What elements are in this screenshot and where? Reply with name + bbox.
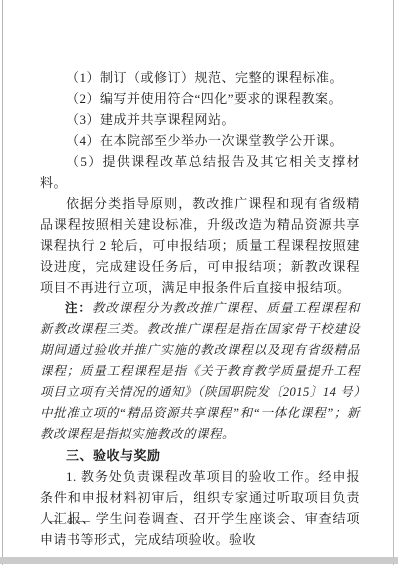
list-item-3: （3）建成并共享课程网站。 <box>40 109 360 130</box>
page-number: — 4 — <box>50 513 91 528</box>
document-body: （1）制订（或修订）规范、完整的课程标准。 （2）编写并使用符合“四化”要求的课… <box>40 67 360 550</box>
paragraph-acceptance: 1. 教务处负责课程改革项目的验收工作。经申报条件和申报材料初审后，组织专家通过… <box>40 466 360 550</box>
note-label: 注： <box>65 301 92 315</box>
list-item-5: （5）提供课程改革总结报告及其它相关支撑材料。 <box>40 151 360 193</box>
section-heading: 三、验收与奖励 <box>40 445 360 466</box>
list-item-4: （4）在本院部至少举办一次课堂教学公开课。 <box>40 130 360 151</box>
list-item-1: （1）制订（或修订）规范、完整的课程标准。 <box>40 67 360 88</box>
paragraph-guidance: 依据分类指导原则，教改推广课程和现有省级精品课程按照相关建设标准，升级改造为精品… <box>40 193 360 298</box>
scan-edge-left <box>2 0 3 565</box>
scan-edge-right <box>393 0 394 565</box>
list-item-2: （2）编写并使用符合“四化”要求的课程教案。 <box>40 88 360 109</box>
scan-edge-bottom <box>0 557 398 564</box>
note-text: 教改课程分为教改推广课程、质量工程课程和新教改课程三类。教改推广课程是指在国家骨… <box>40 301 360 441</box>
document-page: （1）制订（或修订）规范、完整的课程标准。 （2）编写并使用符合“四化”要求的课… <box>0 0 398 565</box>
paragraph-note: 注：教改课程分为教改推广课程、质量工程课程和新教改课程三类。教改推广课程是指在国… <box>40 298 360 445</box>
